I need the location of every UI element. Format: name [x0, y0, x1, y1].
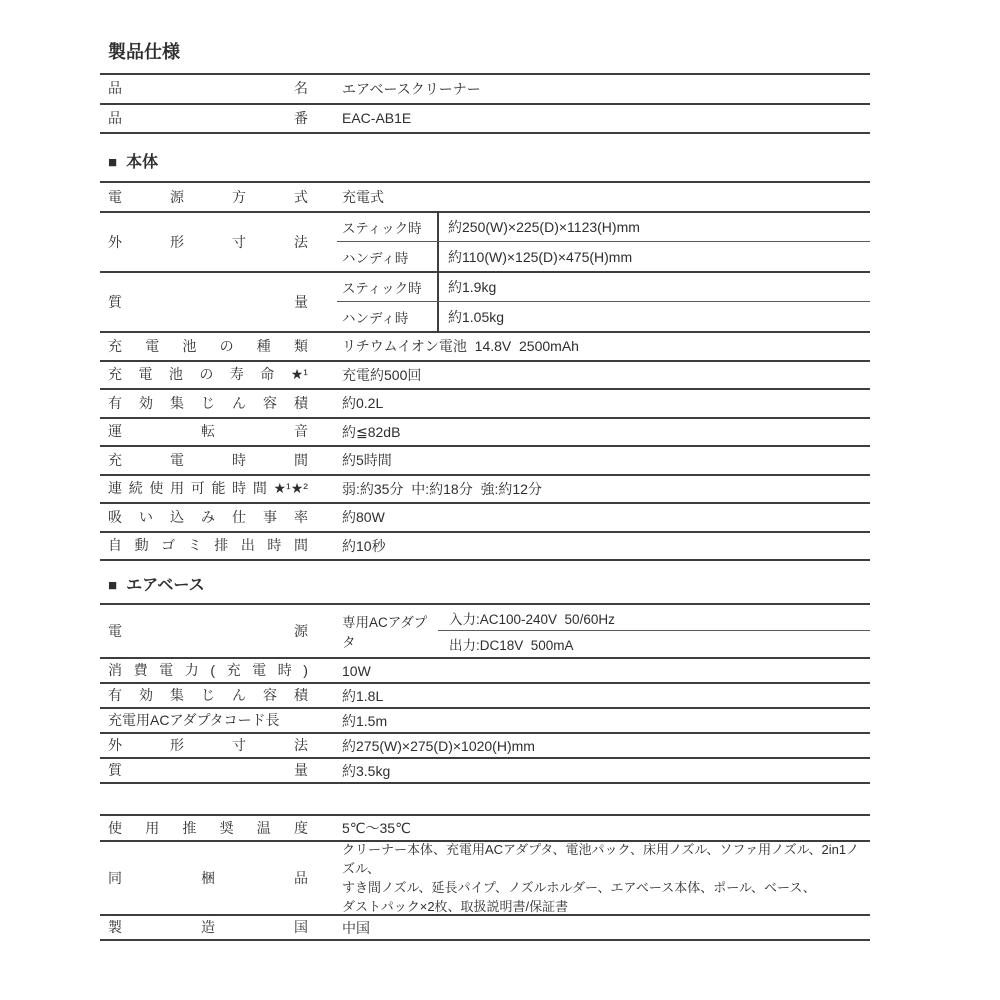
table-row-airbase-weight: 質量 約3.5kg [100, 759, 870, 784]
table-row-airbase-dust-capacity: 有効集じん容積 約1.8L [100, 684, 870, 709]
spec-value: 10W [342, 662, 371, 680]
spec-label: 運転音 [108, 423, 308, 440]
table-row-charge-time: 充電時間 約5時間 [100, 447, 870, 476]
table-row-auto-empty-time: 自動ゴミ排出時間 約10秒 [100, 533, 870, 562]
spec-label: 外形寸法 [108, 234, 308, 251]
sub-row-stick: スティック時 約250(W)×225(D)×1123(H)mm [337, 213, 870, 242]
sub-row-handy: ハンディ時 約1.05kg [337, 302, 870, 331]
spec-value: 中国 [342, 919, 370, 937]
sub-mode-label: スティック時 [337, 213, 439, 241]
spec-value: EAC-AB1E [342, 109, 411, 127]
spec-value: 約1.5m [342, 712, 387, 730]
spec-value: 約275(W)×275(D)×1020(H)mm [342, 737, 535, 755]
product-id-table: 品名 エアベースクリーナー 品番 EAC-AB1E [100, 73, 870, 134]
power-input-row: 入力:AC100-240V 50/60Hz [438, 605, 870, 631]
table-row-power-consumption: 消費電力(充電時) 10W [100, 659, 870, 684]
dimensions-sub-table: スティック時 約250(W)×225(D)×1123(H)mm ハンディ時 約1… [337, 213, 870, 271]
spec-label: 電源方式 [108, 189, 308, 206]
spec-value: 約80W [342, 508, 385, 526]
table-row-included-items: 同梱品 クリーナー本体、充電用ACアダプタ、電池パック、床用ノズル、ソファ用ノズ… [100, 842, 870, 916]
spec-label: 消費電力(充電時) [108, 662, 308, 679]
sub-mode-label: スティック時 [337, 273, 439, 301]
spec-label: 有効集じん容積 [108, 687, 308, 704]
table-row-noise: 運転音 約≦82dB [100, 419, 870, 448]
spec-label: 電源 [108, 623, 308, 640]
spec-value: 約1.05kg [439, 302, 504, 331]
table-row-dimensions: 外形寸法 スティック時 約250(W)×225(D)×1123(H)mm ハンデ… [100, 213, 870, 273]
spec-label: 質量 [108, 762, 308, 779]
spec-label: 同梱品 [108, 870, 308, 887]
spec-label: 充電池の寿命★¹ [108, 366, 308, 383]
table-row-product-name: 品名 エアベースクリーナー [100, 75, 870, 105]
table-row-product-code: 品番 EAC-AB1E [100, 105, 870, 135]
spec-value: 約250(W)×225(D)×1123(H)mm [439, 213, 640, 241]
spec-label: 品番 [108, 110, 308, 127]
spec-value: 約5時間 [342, 451, 392, 469]
table-row-power-method: 電源方式 充電式 [100, 183, 870, 213]
body-spec-table: 電源方式 充電式 外形寸法 スティック時 約250(W)×225(D)×1123… [100, 181, 870, 561]
airbase-spec-table: 電源 専用ACアダプタ 入力:AC100-240V 50/60Hz 出力:DC1… [100, 603, 870, 784]
table-row-airbase-power: 電源 専用ACアダプタ 入力:AC100-240V 50/60Hz 出力:DC1… [100, 605, 870, 659]
spec-value: 約1.8L [342, 687, 383, 705]
spec-label: 質量 [108, 294, 308, 311]
spec-value: 弱:約35分 中:約18分 強:約12分 [342, 480, 542, 498]
section-heading-body: ■ 本体 [108, 154, 870, 172]
sub-mode-label: ハンディ時 [337, 242, 439, 271]
spec-label: 充電用ACアダプタコード長 [108, 712, 308, 729]
spec-label: 有効集じん容積 [108, 395, 308, 412]
spec-label: 品名 [108, 80, 308, 97]
table-row-recommended-temp: 使用推奨温度 5℃～35℃ [100, 816, 870, 842]
spec-label: 充電時間 [108, 452, 308, 469]
spec-value: 約110(W)×125(D)×475(H)mm [439, 242, 632, 271]
spec-label: 連続使用可能時間★¹★² [108, 480, 308, 497]
spec-value: 約0.2L [342, 394, 383, 412]
sub-mode-label: ハンディ時 [337, 302, 439, 331]
spec-value: エアベースクリーナー [342, 80, 481, 98]
section-square-icon: ■ [108, 577, 117, 595]
section-gap [100, 784, 870, 814]
section-heading-airbase: ■ エアベース [108, 577, 870, 595]
page-title: 製品仕様 [108, 42, 870, 63]
section-square-icon: ■ [108, 154, 117, 172]
spec-value: 約≦82dB [342, 423, 400, 441]
table-row-battery-type: 充電池の種類 リチウムイオン電池 14.8V 2500mAh [100, 333, 870, 362]
spec-value: 充電約500回 [342, 366, 421, 384]
table-row-airbase-dimensions: 外形寸法 約275(W)×275(D)×1020(H)mm [100, 734, 870, 759]
table-row-run-time: 連続使用可能時間★¹★² 弱:約35分 中:約18分 強:約12分 [100, 476, 870, 505]
spec-value: 約3.5kg [342, 762, 390, 780]
spec-value: リチウムイオン電池 14.8V 2500mAh [342, 337, 579, 355]
spec-label: 充電池の種類 [108, 338, 308, 355]
spec-value: 専用ACアダプタ [342, 611, 438, 651]
spec-value: 充電式 [342, 188, 384, 206]
spec-label: 製造国 [108, 919, 308, 936]
spec-label: 外形寸法 [108, 737, 308, 754]
spec-label: 吸い込み仕事率 [108, 509, 308, 526]
spec-value: 約10秒 [342, 537, 386, 555]
spec-label: 自動ゴミ排出時間 [108, 537, 308, 554]
spec-sheet: 製品仕様 品名 エアベースクリーナー 品番 EAC-AB1E ■ 本体 電源方式… [100, 40, 870, 941]
spec-value: 約1.9kg [439, 273, 496, 301]
table-row-battery-life: 充電池の寿命★¹ 充電約500回 [100, 362, 870, 391]
spec-label: 使用推奨温度 [108, 820, 308, 837]
common-spec-table: 使用推奨温度 5℃～35℃ 同梱品 クリーナー本体、充電用ACアダプタ、電池パッ… [100, 814, 870, 941]
spec-value: クリーナー本体、充電用ACアダプタ、電池パック、床用ノズル、ソファ用ノズル、2i… [342, 840, 870, 916]
section-heading-label: エアベース [126, 577, 205, 595]
table-row-cord-length: 充電用ACアダプタコード長 約1.5m [100, 709, 870, 734]
spec-value: 5℃～35℃ [342, 819, 411, 837]
sub-row-handy: ハンディ時 約110(W)×125(D)×475(H)mm [337, 242, 870, 271]
table-row-weight: 質量 スティック時 約1.9kg ハンディ時 約1.05kg [100, 273, 870, 333]
sub-row-stick: スティック時 約1.9kg [337, 273, 870, 302]
table-row-country: 製造国 中国 [100, 916, 870, 941]
table-row-suction-power: 吸い込み仕事率 約80W [100, 504, 870, 533]
power-io-sub-table: 入力:AC100-240V 50/60Hz 出力:DC18V 500mA [438, 605, 870, 657]
table-row-dust-capacity: 有効集じん容積 約0.2L [100, 390, 870, 419]
weight-sub-table: スティック時 約1.9kg ハンディ時 約1.05kg [337, 273, 870, 331]
power-output-row: 出力:DC18V 500mA [438, 631, 870, 657]
section-heading-label: 本体 [126, 154, 158, 172]
